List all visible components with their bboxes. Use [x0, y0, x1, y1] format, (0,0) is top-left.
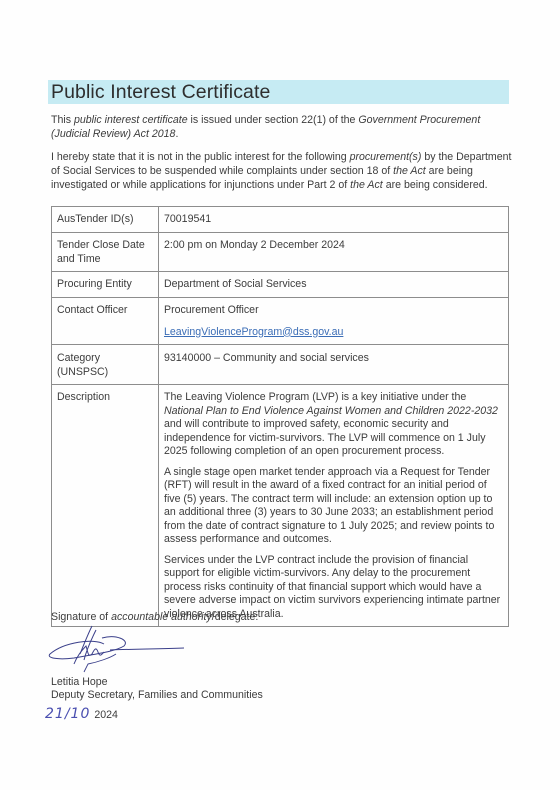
plan-name: National Plan to End Violence Against Wo…	[164, 405, 498, 417]
signature-label: Signature of accountable authority/deleg…	[51, 611, 258, 623]
tender-close-value: 2:00 pm on Monday 2 December 2024	[159, 233, 509, 272]
emphasis: accountable authority	[111, 611, 212, 623]
description-cell: The Leaving Violence Program (LVP) is a …	[159, 385, 509, 627]
emphasis: public interest certificate	[74, 114, 188, 126]
table-row: Contact Officer Procurement Officer Leav…	[52, 298, 509, 345]
signature-date: 21/102024	[45, 705, 118, 723]
text: Signature of	[51, 611, 111, 623]
intro-paragraph-1: This public interest certificate is issu…	[51, 113, 513, 141]
austender-id-value: 70019541	[159, 207, 509, 233]
emphasis: the Act	[393, 165, 426, 177]
text: /delegate:	[212, 611, 259, 623]
signer-name: Letitia Hope	[51, 676, 108, 688]
row-label: AusTender ID(s)	[52, 207, 159, 233]
contact-email-link[interactable]: LeavingViolenceProgram@dss.gov.au	[164, 326, 501, 340]
row-label: Category (UNSPSC)	[52, 345, 159, 385]
signer-role: Deputy Secretary, Families and Communiti…	[51, 689, 263, 701]
table-row: Procuring Entity Department of Social Se…	[52, 272, 509, 298]
row-label: Tender Close Date and Time	[52, 233, 159, 272]
contact-officer-value: Procurement Officer	[164, 304, 259, 316]
category-value: 93140000 – Community and social services	[159, 345, 509, 385]
text: and will contribute to improved safety, …	[164, 418, 486, 457]
table-row: AusTender ID(s) 70019541	[52, 207, 509, 233]
text: .	[175, 128, 178, 140]
text: This	[51, 114, 74, 126]
table-row: Description The Leaving Violence Program…	[52, 385, 509, 627]
page-title: Public Interest Certificate	[51, 81, 270, 104]
procurement-details-table: AusTender ID(s) 70019541 Tender Close Da…	[51, 206, 509, 627]
certificate-page: Public Interest Certificate This public …	[0, 0, 560, 790]
date-year: 2024	[94, 709, 118, 721]
handwritten-signature	[44, 624, 194, 674]
description-paragraph-1: The Leaving Violence Program (LVP) is a …	[164, 391, 501, 459]
table-row: Tender Close Date and Time 2:00 pm on Mo…	[52, 233, 509, 272]
text: are being considered.	[383, 179, 488, 191]
text: I hereby state that it is not in the pub…	[51, 151, 350, 163]
row-label: Contact Officer	[52, 298, 159, 345]
text: is issued under section 22(1) of the	[188, 114, 359, 126]
row-label: Description	[52, 385, 159, 627]
emphasis: procurement(s)	[350, 151, 422, 163]
procuring-entity-value: Department of Social Services	[159, 272, 509, 298]
handwritten-date: 21/10	[45, 706, 90, 722]
description-paragraph-2: A single stage open market tender approa…	[164, 466, 501, 547]
table-row: Category (UNSPSC) 93140000 – Community a…	[52, 345, 509, 385]
row-label: Procuring Entity	[52, 272, 159, 298]
contact-officer-cell: Procurement Officer LeavingViolenceProgr…	[159, 298, 509, 345]
intro-paragraph-2: I hereby state that it is not in the pub…	[51, 150, 513, 192]
emphasis: the Act	[350, 179, 383, 191]
title-band: Public Interest Certificate	[48, 80, 509, 104]
text: The Leaving Violence Program (LVP) is a …	[164, 391, 466, 403]
